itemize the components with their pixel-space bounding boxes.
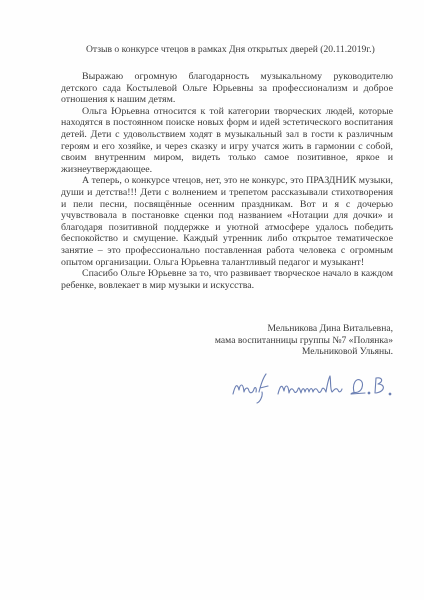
signer-role: мама воспитанницы группы №7 «Полянка» <box>190 335 393 347</box>
paragraph-gratitude: Выражаю огромную благодарность музыкальн… <box>61 71 393 106</box>
document-body: Выражаю огромную благодарность музыкальн… <box>61 71 393 291</box>
paragraph-teacher-description: Ольга Юрьевна относится к той категории … <box>61 106 393 176</box>
paragraph-contest: А теперь, о конкурсе чтецов, нет, это не… <box>61 175 393 268</box>
signer-child: Мельниковой Ульяны. <box>190 346 393 358</box>
paragraph-thanks: Спасибо Ольге Юрьевне за то, что развива… <box>61 268 393 291</box>
document-page: Отзыв о конкурсе чтецов в рамках Дня отк… <box>0 0 424 600</box>
handwritten-signature-icon <box>230 372 410 406</box>
signature-block: Мельникова Дина Витальевна, мама воспита… <box>190 323 393 358</box>
signer-name: Мельникова Дина Витальевна, <box>190 323 393 335</box>
document-title: Отзыв о конкурсе чтецов в рамках Дня отк… <box>86 44 406 56</box>
